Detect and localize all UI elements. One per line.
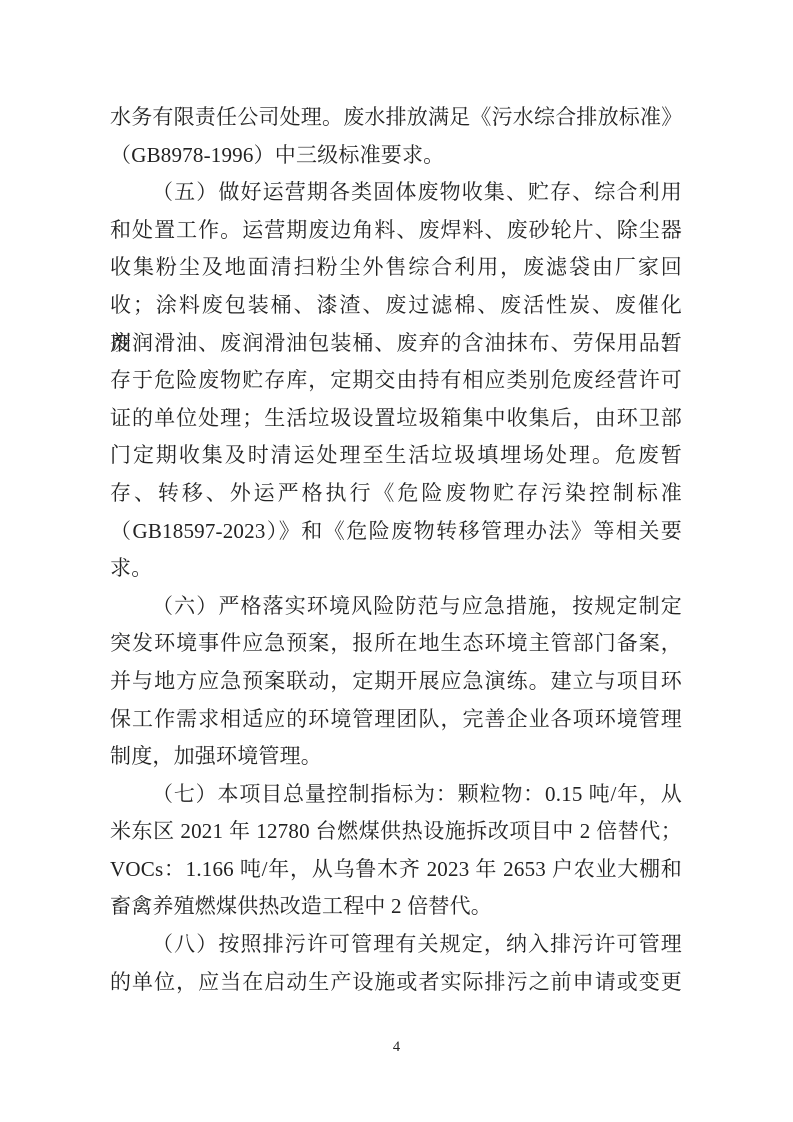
document-page: 水务有限责任公司处理。废水排放满足《污水综合排放标准》 （GB8978-1996… (0, 0, 793, 1122)
paragraph-item-7-total-control: （七）本项目总量控制指标为：颗粒物：0.15 吨/年，从 米东区 2021 年 … (110, 776, 682, 926)
text-line: 保工作需求相适应的环境管理团队，完善企业各项环境管理 (110, 701, 682, 739)
text-line: 并与地方应急预案联动，定期开展应急演练。建立与项目环 (110, 663, 682, 701)
text-line: 突发环境事件应急预案，报所在地生态环境主管部门备案， (110, 625, 682, 663)
text-line: 求。 (110, 550, 682, 588)
text-line: （五）做好运营期各类固体废物收集、贮存、综合利用 (110, 174, 682, 212)
text-line: 的单位，应当在启动生产设施或者实际排污之前申请或变更 (110, 964, 682, 1002)
text-line: 存、转移、外运严格执行《危险废物贮存污染控制标准 (110, 475, 682, 513)
text-line: 收；涂料废包装桶、漆渣、废过滤棉、废活性炭、废催化剂、 (110, 287, 682, 325)
text-line: VOCs：1.166 吨/年，从乌鲁木齐 2023 年 2653 户农业大棚和 (110, 851, 682, 889)
paragraph-wastewater-continuation: 水务有限责任公司处理。废水排放满足《污水综合排放标准》 （GB8978-1996… (110, 99, 682, 174)
page-number: 4 (0, 1038, 793, 1056)
text-line: 水务有限责任公司处理。废水排放满足《污水综合排放标准》 (110, 99, 682, 137)
text-line: 门定期收集及时清运处理至生活垃圾填埋场处理。危废暂 (110, 437, 682, 475)
paragraph-item-5-solid-waste: （五）做好运营期各类固体废物收集、贮存、综合利用 和处置工作。运营期废边角料、废… (110, 174, 682, 588)
paragraph-item-8-discharge-permit: （八）按照排污许可管理有关规定，纳入排污许可管理 的单位，应当在启动生产设施或者… (110, 926, 682, 1001)
text-line: （六）严格落实环境风险防范与应急措施，按规定制定 (110, 588, 682, 626)
text-line: 和处置工作。运营期废边角料、废焊料、废砂轮片、除尘器 (110, 212, 682, 250)
text-line: 存于危险废物贮存库，定期交由持有相应类别危废经营许可 (110, 362, 682, 400)
text-line: （GB8978-1996）中三级标准要求。 (110, 137, 682, 175)
text-line: （八）按照排污许可管理有关规定，纳入排污许可管理 (110, 926, 682, 964)
paragraph-item-6-emergency: （六）严格落实环境风险防范与应急措施，按规定制定 突发环境事件应急预案，报所在地… (110, 588, 682, 776)
text-line: 制度，加强环境管理。 (110, 738, 682, 776)
document-body: 水务有限责任公司处理。废水排放满足《污水综合排放标准》 （GB8978-1996… (110, 99, 682, 1001)
text-line: 收集粉尘及地面清扫粉尘外售综合利用，废滤袋由厂家回 (110, 249, 682, 287)
text-line: （GB18597-2023）》和《危险废物转移管理办法》等相关要 (110, 513, 682, 551)
text-line: 证的单位处理；生活垃圾设置垃圾箱集中收集后，由环卫部 (110, 400, 682, 438)
text-line: 米东区 2021 年 12780 台燃煤供热设施拆改项目中 2 倍替代； (110, 813, 682, 851)
text-line: 废润滑油、废润滑油包装桶、废弃的含油抹布、劳保用品暂 (110, 325, 682, 363)
text-line: 畜禽养殖燃煤供热改造工程中 2 倍替代。 (110, 888, 682, 926)
text-line: （七）本项目总量控制指标为：颗粒物：0.15 吨/年，从 (110, 776, 682, 814)
